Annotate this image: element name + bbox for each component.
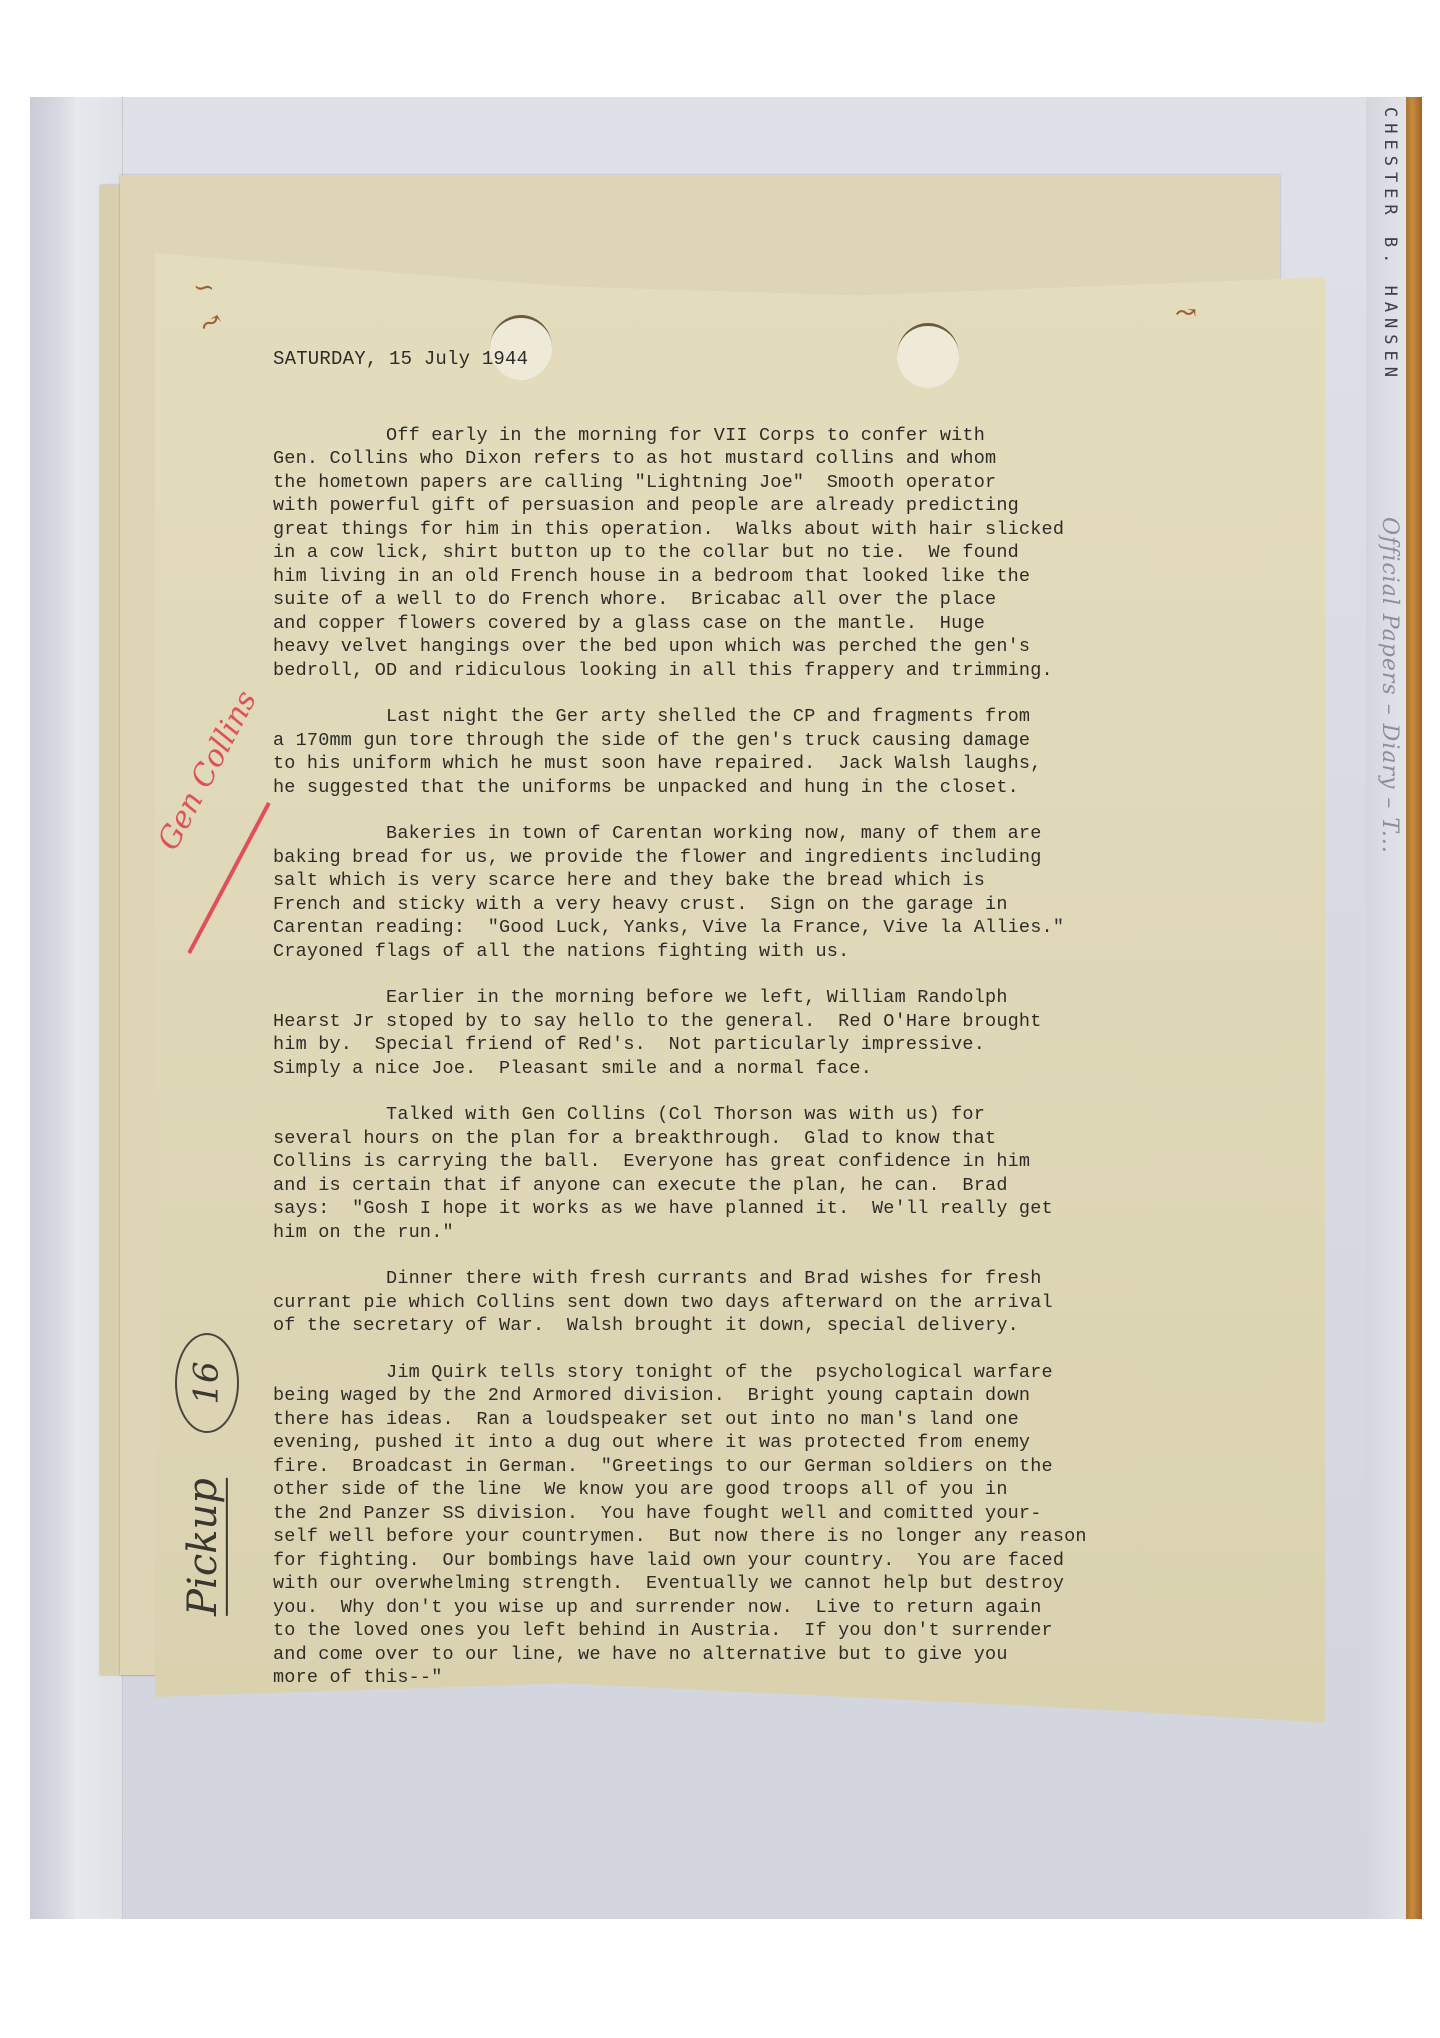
paragraph: Jim Quirk tells story tonight of the psy… bbox=[273, 1361, 1273, 1690]
page-number-circle: 16 bbox=[175, 1333, 239, 1433]
rust-clip-mark-icon: ∽ bbox=[193, 273, 215, 303]
red-margin-stroke bbox=[187, 802, 270, 954]
paragraph: Last night the Ger arty shelled the CP a… bbox=[273, 705, 1273, 799]
wooden-table-edge bbox=[1406, 97, 1422, 1919]
paragraph: Bakeries in town of Carentan working now… bbox=[273, 822, 1273, 963]
paragraph: Talked with Gen Collins (Col Thorson was… bbox=[273, 1103, 1273, 1244]
rust-clip-mark-icon: ↝ bbox=[194, 305, 228, 342]
typed-text: SATURDAY, 15 July 1944 Off early in the … bbox=[273, 348, 1273, 1713]
date-heading: SATURDAY, 15 July 1944 bbox=[273, 348, 1273, 372]
paragraph: Dinner there with fresh currants and Bra… bbox=[273, 1267, 1273, 1338]
red-margin-note: Gen Collins bbox=[151, 685, 264, 856]
page-number: 16 bbox=[187, 1361, 227, 1404]
paragraph: Earlier in the morning before we left, W… bbox=[273, 986, 1273, 1080]
rust-clip-mark-icon: ↝ bbox=[1175, 298, 1197, 328]
pickup-note: Pickup bbox=[180, 1478, 228, 1616]
paragraph: Off early in the morning for VII Corps t… bbox=[273, 424, 1273, 683]
folder-pencil-note: Official Papers – Diary – T... bbox=[1377, 517, 1402, 854]
folder-edge bbox=[30, 97, 77, 1919]
folder-tab-label: CHESTER B. HANSEN bbox=[1380, 107, 1400, 383]
typed-diary-page: ∽ ↝ ↝ SATURDAY, 15 July 1944 Off early i… bbox=[155, 253, 1325, 1765]
